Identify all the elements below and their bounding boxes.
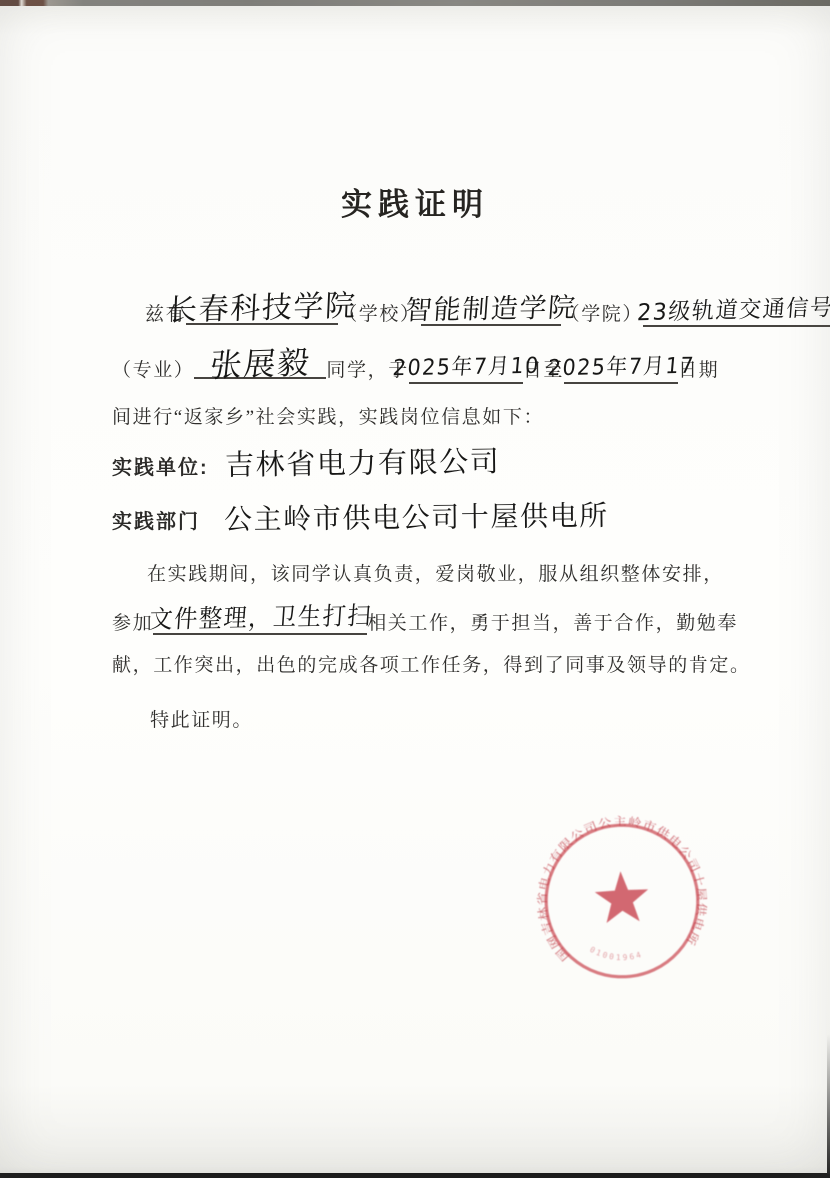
- document-title: 实践证明: [0, 179, 830, 224]
- practice-unit-row: 实践单位: 吉林省电力有限公司: [112, 449, 500, 483]
- photo-edge-bottom: [0, 1173, 830, 1178]
- join-prefix: 参加: [112, 609, 153, 639]
- seal-star-icon: [594, 870, 650, 924]
- practice-department-label: 实践部门: [112, 507, 200, 537]
- photo-edge-top: [0, 0, 830, 6]
- handwritten-school: 长春科技学院: [167, 291, 358, 326]
- evaluation-line-2-rest: 相关工作，勇于担当，善于合作，勤勉奉: [367, 609, 738, 639]
- evaluation-line-1: 在实践期间，该同学认真负责，爱岗敬业，服从组织整体安排，: [112, 560, 724, 590]
- start-date-blank: 2025年7月10: [409, 355, 523, 384]
- handwritten-college: 智能制造学院: [404, 293, 578, 326]
- seal-serial-container: 01001964: [588, 942, 645, 964]
- intro-line-3: 间进行“返家乡”社会实践，实践岗位信息如下：: [112, 403, 544, 433]
- school-blank: 长春科技学院: [186, 296, 338, 325]
- practice-department-row: 实践部门 公主岭市供电公司十屋供电所: [112, 504, 609, 537]
- intro-line-2: （专业） 张展毅 同学，于 2025年7月10 日至 2025年7月17 日期: [112, 350, 719, 386]
- intro-line-1: 兹有 长春科技学院 （学校） 智能制造学院 （学院） 23级轨道交通信号控制: [112, 296, 830, 330]
- practice-unit-label: 实践单位:: [112, 453, 209, 483]
- handwritten-major: 23级轨道交通信号控制: [636, 292, 830, 328]
- scanned-page: 实践证明 兹有 长春科技学院 （学校） 智能制造学院 （学院） 23级轨道交通信…: [0, 0, 830, 1178]
- handwritten-practice-department: 公主岭市供电公司十屋供电所: [224, 501, 609, 535]
- college-blank: 智能制造学院: [421, 297, 561, 326]
- major-label: （专业）: [112, 356, 194, 386]
- handwritten-student-name: 张展毅: [208, 347, 312, 381]
- evaluation-line-2: 参加 文件整理，卫生打扫 相关工作，勇于担当，善于合作，勤勉奉: [112, 606, 738, 639]
- handwritten-work-content: 文件整理，卫生打扫: [148, 601, 373, 635]
- evaluation-line-3: 献，工作突出，出色的完成各项工作任务，得到了同事及领导的肯定。: [112, 651, 751, 681]
- official-seal: 国网吉林省电力有限公司公主岭市供电公司十屋供电所 01001964: [532, 811, 713, 992]
- end-date-blank: 2025年7月17: [564, 355, 678, 384]
- major-blank: 23级轨道交通信号控制: [643, 298, 830, 327]
- closing-statement: 特此证明。: [112, 706, 253, 736]
- student-name-blank: 张展毅: [194, 350, 326, 379]
- seal-serial-number: 01001964: [588, 942, 645, 964]
- handwritten-end-date: 2025年7月17: [546, 352, 696, 385]
- handwritten-start-date: 2025年7月10: [391, 352, 541, 385]
- work-content-blank: 文件整理，卫生打扫: [153, 606, 367, 635]
- handwritten-practice-unit: 吉林省电力有限公司: [224, 446, 500, 480]
